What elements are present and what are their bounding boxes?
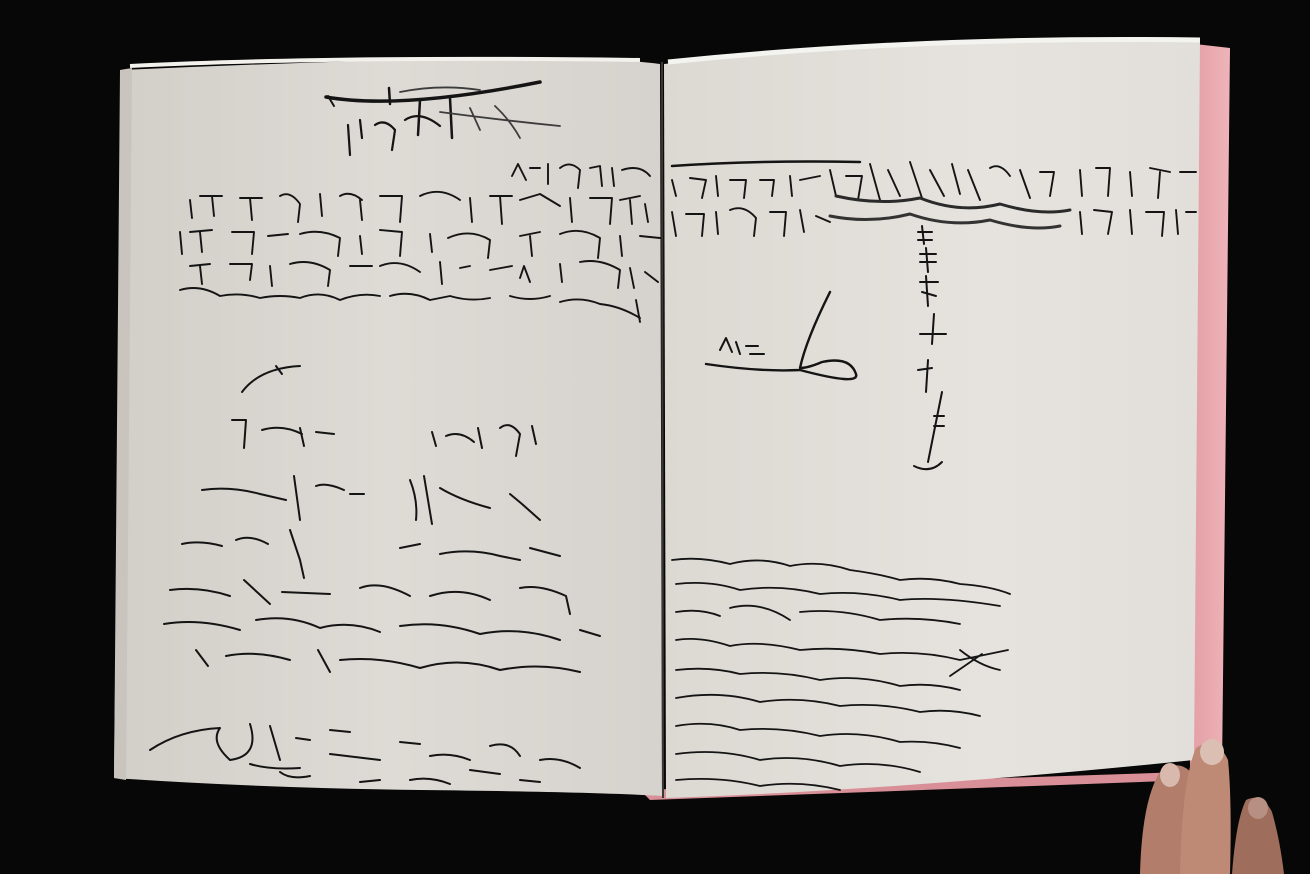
- book-photo: [0, 0, 1310, 874]
- right-page: [664, 39, 1200, 798]
- photo-scene: Photograph of an open book showing two p…: [0, 0, 1310, 874]
- book-gutter: [662, 62, 663, 798]
- left-page: [114, 58, 662, 796]
